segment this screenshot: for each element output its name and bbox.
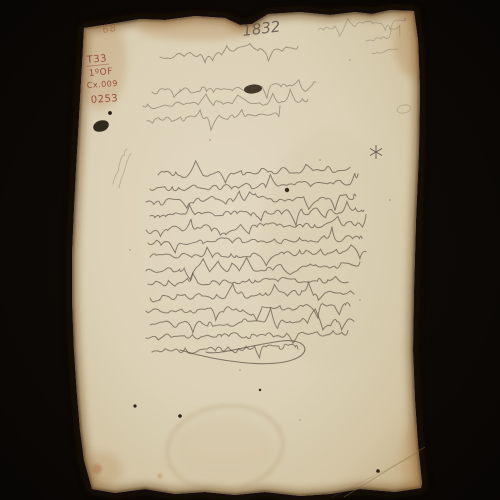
archival-line-4: 0253: [90, 93, 118, 106]
manuscript-photo: 68 1832 T33 1ºOF Cx.009 0253: [0, 0, 500, 500]
photo-canvas: 68 1832 T33 1ºOF Cx.009 0253: [0, 0, 500, 500]
corner-number: 68: [102, 23, 118, 36]
archival-line-2: 1ºOF: [88, 67, 113, 79]
archival-line-1: T33: [85, 53, 107, 66]
